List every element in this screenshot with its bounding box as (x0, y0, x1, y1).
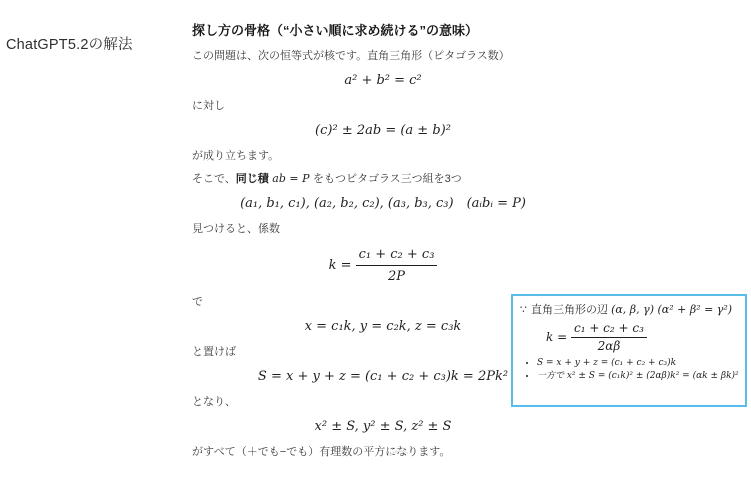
equation-triples: (a₁, b₁, c₁), (a₂, b₂, c₂), (a₃, b₃, c₃)… (192, 195, 574, 213)
para-setup-bold: 同じ積 (236, 173, 269, 185)
para-conclusion: がすべて（＋でも−でも）有理数の平方になります。 (192, 445, 574, 459)
equation-squares: x² ± S, y² ± S, z² ± S (192, 418, 574, 436)
annotation-title-math: (α, β, γ) (α² + β² = γ²) (611, 303, 732, 316)
side-label: ChatGPT5.2の解法 (6, 33, 133, 54)
para-find: 見つけると、係数 (192, 222, 574, 236)
annotation-k-fraction: k = c₁ + c₂ + c₃2αβ (546, 321, 738, 354)
equation-k-fraction: k = c₁ + c₂ + c₃2P (192, 245, 574, 286)
para-setup-prefix: そこで、 (192, 173, 236, 185)
because-icon: ∵ (520, 304, 527, 316)
equation-k-lhs: k = (329, 258, 356, 273)
para-nitaishi: に対し (192, 99, 574, 113)
annotation-title: ∵直角三角形の辺 (α, β, γ) (α² + β² = γ²) (520, 302, 738, 318)
annotation-bullet: S = x + y + z = (c₁ + c₂ + c₃)k (537, 357, 738, 369)
fraction-denominator: 2αβ (571, 338, 647, 354)
para-holds: が成り立ちます。 (192, 149, 574, 163)
annotation-box: ∵直角三角形の辺 (α, β, γ) (α² + β² = γ²) k = c₁… (511, 294, 747, 407)
fraction-numerator: c₁ + c₂ + c₃ (571, 321, 647, 338)
section-heading: 探し方の骨格（“小さい順に求め続ける”の意味） (192, 22, 574, 40)
annotation-bullet-list: S = x + y + z = (c₁ + c₂ + c₃)k 一方で x² ±… (524, 357, 738, 382)
fraction: c₁ + c₂ + c₃2P (356, 245, 438, 286)
para-setup: そこで、同じ積 ab = P をもつピタゴラス三つ組を3つ (192, 172, 574, 186)
annotation-title-label: 直角三角形の辺 (531, 304, 611, 316)
fraction: c₁ + c₂ + c₃2αβ (571, 321, 647, 354)
equation-identity: (c)² ± 2ab = (a ± b)² (192, 122, 574, 140)
fraction-numerator: c₁ + c₂ + c₃ (356, 245, 438, 266)
fraction-denominator: 2P (356, 266, 438, 286)
para-intro: この問題は、次の恒等式が核です。直角三角形（ピタゴラス数） (192, 49, 574, 63)
annotation-bullet: 一方で x² ± S = (c₁k)² ± (2αβ)k² = (αk ± βk… (537, 370, 738, 382)
para-setup-suffix: をもつピタゴラス三つ組を3つ (313, 173, 462, 185)
equation-pythagoras: a² + b² = c² (192, 72, 574, 90)
annotation-k-lhs: k = (546, 330, 571, 344)
para-setup-math: ab = P (269, 172, 313, 185)
